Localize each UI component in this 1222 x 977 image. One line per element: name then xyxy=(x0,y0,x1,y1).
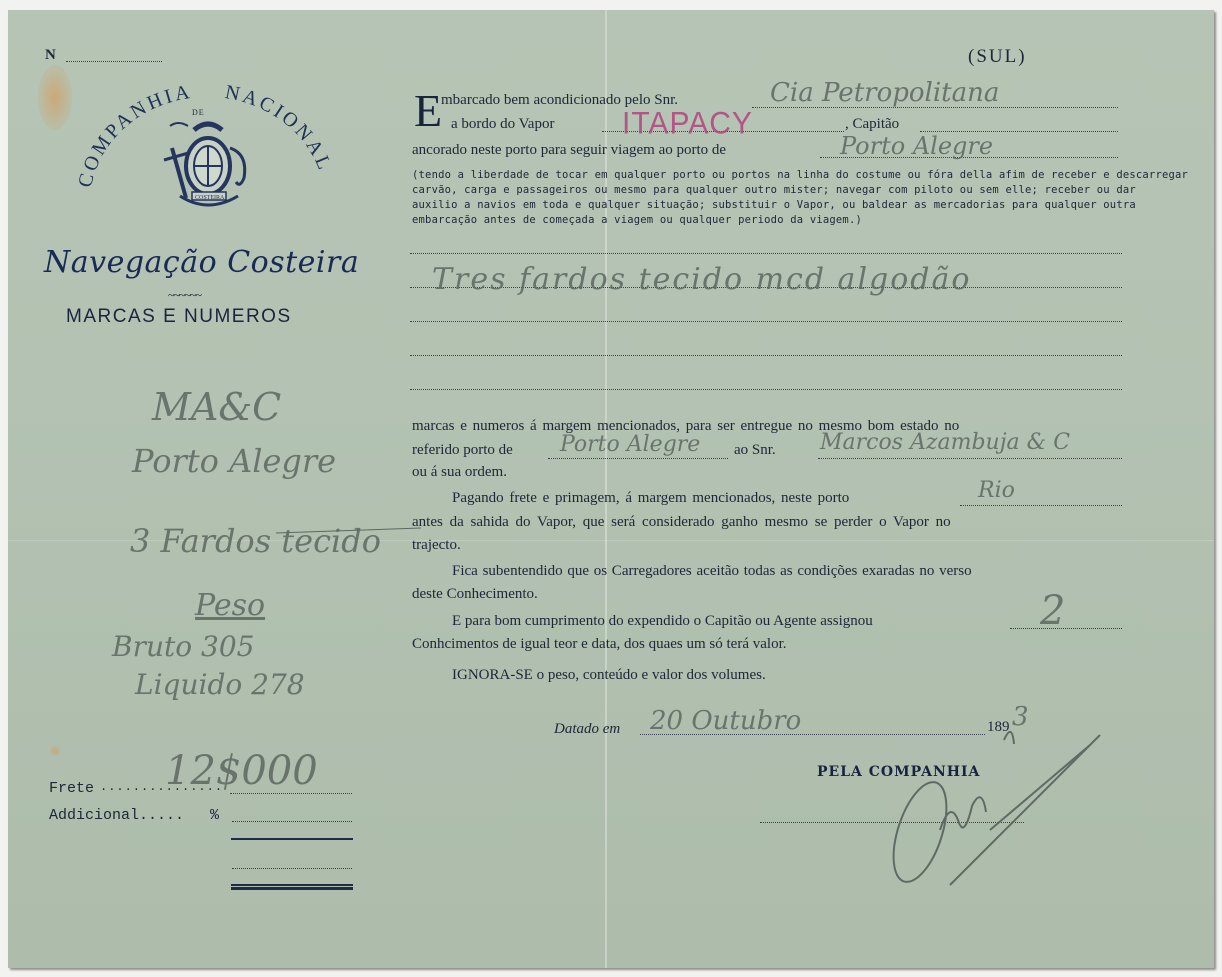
percent-symbol: % xyxy=(210,807,219,824)
number-label: N xyxy=(45,47,56,64)
date-value[interactable]: 20 Outubro xyxy=(650,706,801,736)
cargo-line-3[interactable] xyxy=(410,321,1122,322)
conditions-line-1: (tendo a liberdade de tocar em qualquer … xyxy=(412,168,1188,183)
margin-volumes: 3 Fardos tecido xyxy=(130,522,381,560)
adicional-label: Addicional..... xyxy=(49,807,184,824)
cargo-line-4[interactable] xyxy=(410,355,1122,356)
referido-porto-label: referido porto de xyxy=(412,440,513,461)
adicional-field[interactable] xyxy=(232,821,352,822)
datado-label: Datado em xyxy=(554,719,620,740)
decorative-squiggle: ~~~~~~ xyxy=(168,288,201,303)
payment-port-field[interactable] xyxy=(960,505,1122,506)
frete-value[interactable]: 12$000 xyxy=(165,748,318,794)
ancorado-label: ancorado neste porto para seguir viagem … xyxy=(412,140,726,161)
delivery-port-field[interactable] xyxy=(548,458,728,459)
shipper-field-value[interactable]: Cia Petropolitana xyxy=(770,78,999,108)
marcas-numeros-title: MARCAS E NUMEROS xyxy=(66,306,292,328)
pagamento-line-2: antes da sahida do Vapor, que será consi… xyxy=(412,512,951,533)
consignee-field[interactable] xyxy=(818,458,1122,459)
conditions-line-3: auxilio a navios em toda e qualquer situ… xyxy=(412,198,1188,213)
margin-destination: Porto Alegre xyxy=(132,442,336,480)
payment-port-value[interactable]: Rio xyxy=(978,478,1015,503)
margin-liquido: Liquido 278 xyxy=(135,668,305,701)
vapor-stamp-itapacy: ITAPACY xyxy=(622,106,753,142)
rust-stain-small xyxy=(50,746,60,756)
fica-line-1: Fica subentendido que os Carregadores ac… xyxy=(452,561,972,582)
total-field[interactable] xyxy=(232,868,352,869)
conditions-line-2: carvão, carga e passageiros ou mesmo par… xyxy=(412,183,1188,198)
cargo-line-1[interactable] xyxy=(410,253,1122,254)
margin-bruto: Bruto 305 xyxy=(112,630,254,663)
coat-of-arms-emblem-icon: COSTEIRA xyxy=(150,118,270,218)
e-para-line-1: E para bom cumprimento do expendido o Ca… xyxy=(452,611,873,632)
ao-snr-label: ao Snr. xyxy=(734,440,776,461)
pagando-label: Pagando frete e primagem, á margem menci… xyxy=(452,488,849,509)
conditions-paragraph: (tendo a liberdade de tocar em qualquer … xyxy=(412,168,1188,228)
emblem-ribbon-text: COSTEIRA xyxy=(195,195,225,201)
consignee-value[interactable]: Marcos Azambuja & C xyxy=(820,430,1070,455)
region-label: (SUL) xyxy=(968,46,1027,68)
margin-marks: MA&C xyxy=(152,385,281,429)
destination-port-value[interactable]: Porto Alegre xyxy=(840,132,993,160)
total-double-rule xyxy=(231,884,353,890)
frete-label: Frete xyxy=(49,780,94,797)
cargo-description-value[interactable]: Tres fardos tecido mcd algodão xyxy=(432,262,971,297)
cargo-line-5[interactable] xyxy=(410,389,1122,390)
vapor-label: a bordo do Vapor xyxy=(451,114,554,135)
pagamento-line-3: trajecto. xyxy=(412,535,461,556)
entrega-line-3: ou á sua ordem. xyxy=(412,462,507,483)
delivery-port-value[interactable]: Porto Alegre xyxy=(560,432,700,457)
company-name: Navegação Costeira xyxy=(44,245,359,280)
drop-cap-e: E xyxy=(414,88,442,134)
subtotal-rule xyxy=(231,838,353,840)
fica-line-2: deste Conhecimento. xyxy=(412,584,538,605)
e-para-line-2: Conhcimentos de igual teor e data, dos q… xyxy=(412,634,787,655)
copies-count-field[interactable] xyxy=(1010,628,1122,629)
conditions-line-4: embarcação antes de começada a viagem ou… xyxy=(412,213,1188,228)
ignora-clause: IGNORA-SE o peso, conteúdo e valor dos v… xyxy=(452,665,766,686)
copies-count-value[interactable]: 2 xyxy=(1040,588,1065,634)
company-de: DE xyxy=(192,108,205,117)
signature-flourish-icon xyxy=(880,720,1120,890)
margin-peso-label: Peso xyxy=(195,588,265,623)
